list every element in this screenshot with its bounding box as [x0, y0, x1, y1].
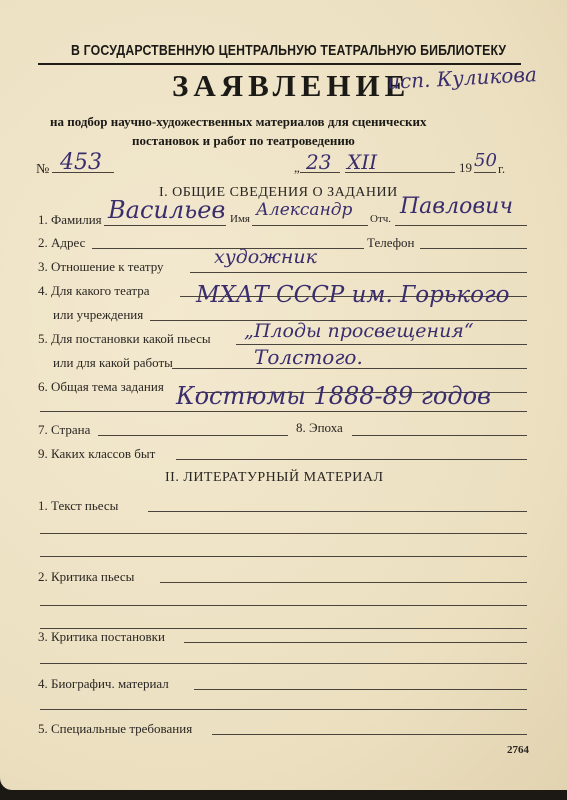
relation-value[interactable]: художник: [214, 246, 317, 268]
epoch-label: 8. Эпоха: [296, 420, 343, 436]
production-criticism-line-2[interactable]: [40, 663, 527, 664]
day-line: [300, 172, 340, 173]
patronymic-line: [395, 225, 527, 226]
theme-value[interactable]: Костюмы 1888-89 годов: [176, 382, 491, 410]
play-text-line[interactable]: [148, 511, 527, 512]
address-label: 2. Адрес: [38, 235, 85, 251]
epoch-line[interactable]: [352, 435, 527, 436]
date-month[interactable]: XII: [347, 150, 377, 174]
phone-label: Телефон: [367, 235, 415, 251]
surname-value[interactable]: Васильев: [108, 196, 225, 224]
special-requirements-line[interactable]: [212, 734, 527, 735]
executor-note: исп. Куликова: [386, 62, 537, 94]
production-criticism-line[interactable]: [184, 642, 527, 643]
play-label: 5. Для постановки какой пьесы: [38, 331, 211, 347]
play-label-2: или для какой работы: [53, 355, 173, 371]
relation-line: [190, 272, 527, 273]
relation-label: 3. Отношение к театру: [38, 259, 164, 275]
play-criticism-line[interactable]: [160, 582, 527, 583]
theme-label: 6. Общая тема задания: [38, 379, 164, 395]
classes-line[interactable]: [176, 459, 527, 460]
play-criticism-label: 2. Критика пьесы: [38, 569, 134, 585]
patronymic-label: Отч.: [370, 213, 391, 225]
theme-line-2: [40, 411, 527, 412]
scan-background: [0, 790, 567, 800]
year-suffix[interactable]: 50: [474, 150, 497, 171]
surname-label: 1. Фамилия: [38, 212, 102, 228]
document-title: ЗАЯВЛЕНИЕ: [172, 68, 410, 104]
surname-line: [104, 225, 226, 226]
theatre-value[interactable]: МХАТ СССР им. Горького: [196, 282, 509, 308]
play-text-line-2[interactable]: [40, 533, 527, 534]
section-2-heading: II. ЛИТЕРАТУРНЫЙ МАТЕРИАЛ: [165, 470, 384, 486]
header-rule: [38, 63, 521, 65]
work-line: [172, 368, 527, 369]
subtitle-line-1: на подбор научно-художественных материал…: [50, 114, 427, 130]
date-day[interactable]: 23: [306, 150, 331, 174]
country-line[interactable]: [98, 435, 288, 436]
year-prefix: 19: [459, 160, 472, 176]
theatre-label-2: или учреждения: [53, 307, 143, 323]
biographical-line-2[interactable]: [40, 709, 527, 710]
biographical-line[interactable]: [194, 689, 527, 690]
institution-heading: В ГОСУДАРСТВЕННУЮ ЦЕНТРАЛЬНУЮ ТЕАТРАЛЬНУ…: [71, 42, 506, 59]
classes-label: 9. Каких классов быт: [38, 446, 155, 462]
biographical-label: 4. Биографич. материал: [38, 676, 169, 692]
country-label: 7. Страна: [38, 422, 90, 438]
play-criticism-line-2[interactable]: [40, 605, 527, 606]
form-number: 2764: [507, 744, 529, 756]
name-label: Имя: [230, 213, 250, 225]
production-criticism-label: 3. Критика постановки: [38, 629, 165, 645]
theatre-label: 4. Для какого театра: [38, 283, 150, 299]
year-line: [474, 172, 496, 173]
subtitle-line-2: постановок и работ по театроведению: [132, 133, 355, 149]
play-value[interactable]: „Плоды просвещения“: [244, 320, 474, 342]
play-text-line-3[interactable]: [40, 556, 527, 557]
quote-open: „: [294, 160, 300, 176]
play-text-label: 1. Текст пьесы: [38, 498, 118, 514]
special-requirements-label: 5. Специальные требования: [38, 721, 192, 737]
name-value[interactable]: Александр: [256, 200, 352, 220]
number-line: [52, 172, 114, 173]
phone-line[interactable]: [420, 248, 527, 249]
name-line: [252, 225, 368, 226]
month-line: [345, 172, 455, 173]
number-label: №: [36, 162, 49, 178]
year-unit: г.: [498, 161, 505, 177]
play-value-2[interactable]: Толстого.: [254, 345, 363, 369]
patronymic-value[interactable]: Павлович: [400, 194, 513, 219]
form-page: В ГОСУДАРСТВЕННУЮ ЦЕНТРАЛЬНУЮ ТЕАТРАЛЬНУ…: [0, 0, 567, 790]
